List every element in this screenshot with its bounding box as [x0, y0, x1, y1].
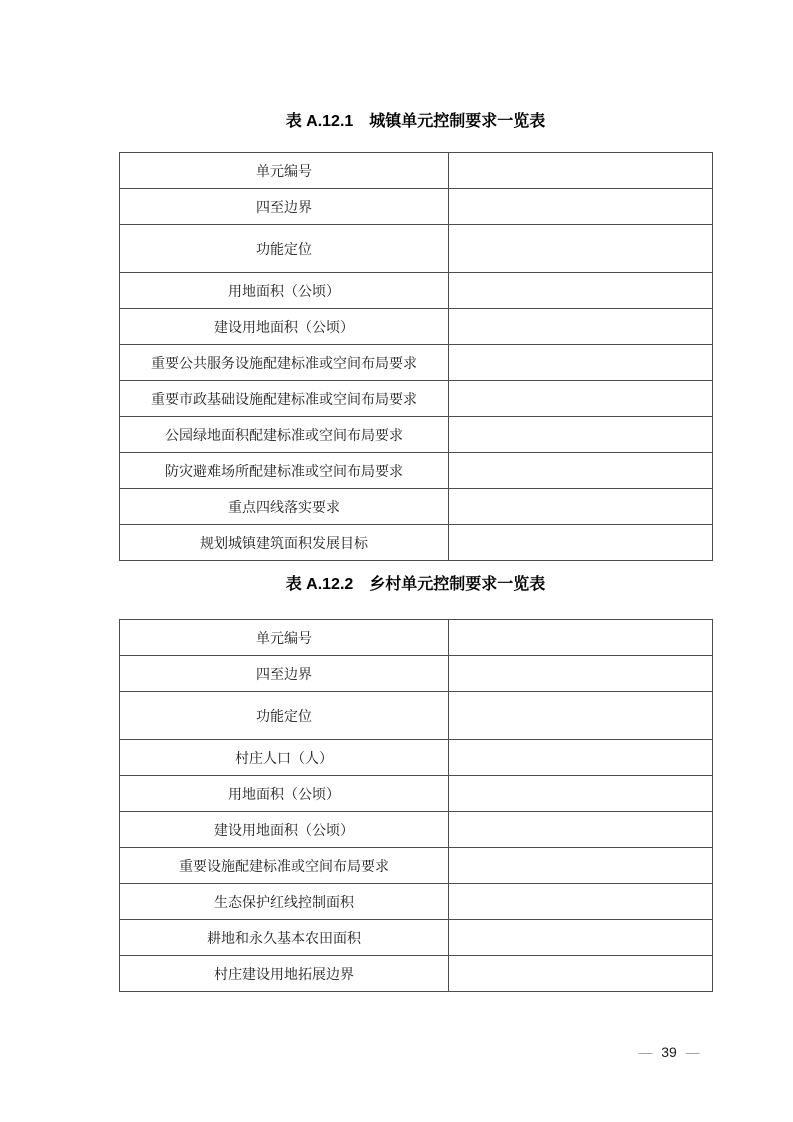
- row-value-cell: [449, 153, 713, 189]
- row-value-cell: [449, 189, 713, 225]
- table-a122-title: 表 A.12.2 乡村单元控制要求一览表: [119, 573, 712, 597]
- row-label-cell: 村庄人口（人）: [120, 740, 449, 776]
- row-label-cell: 重要市政基础设施配建标准或空间布局要求: [120, 381, 449, 417]
- row-label-cell: 耕地和永久基本农田面积: [120, 920, 449, 956]
- row-label-cell: 四至边界: [120, 656, 449, 692]
- row-label-cell: 单元编号: [120, 153, 449, 189]
- row-value-cell: [449, 525, 713, 561]
- table-row: 重要设施配建标准或空间布局要求: [120, 848, 713, 884]
- row-value-cell: [449, 656, 713, 692]
- row-value-cell: [449, 273, 713, 309]
- table-row: 四至边界: [120, 189, 713, 225]
- footer-left-dash: —: [633, 1044, 657, 1060]
- row-value-cell: [449, 345, 713, 381]
- row-label-cell: 生态保护红线控制面积: [120, 884, 449, 920]
- row-label-cell: 防灾避难场所配建标准或空间布局要求: [120, 453, 449, 489]
- row-label-cell: 村庄建设用地拓展边界: [120, 956, 449, 992]
- table-row: 用地面积（公顷）: [120, 273, 713, 309]
- row-value-cell: [449, 812, 713, 848]
- row-label-cell: 重要设施配建标准或空间布局要求: [120, 848, 449, 884]
- table-row: 规划城镇建筑面积发展目标: [120, 525, 713, 561]
- row-value-cell: [449, 776, 713, 812]
- row-label-cell: 四至边界: [120, 189, 449, 225]
- row-label-cell: 功能定位: [120, 692, 449, 740]
- table-row: 村庄人口（人）: [120, 740, 713, 776]
- row-value-cell: [449, 692, 713, 740]
- row-label-cell: 建设用地面积（公顷）: [120, 812, 449, 848]
- row-label-cell: 重要公共服务设施配建标准或空间布局要求: [120, 345, 449, 381]
- row-value-cell: [449, 884, 713, 920]
- row-value-cell: [449, 620, 713, 656]
- table-row: 单元编号: [120, 620, 713, 656]
- row-value-cell: [449, 848, 713, 884]
- table-row: 防灾避难场所配建标准或空间布局要求: [120, 453, 713, 489]
- row-value-cell: [449, 309, 713, 345]
- row-value-cell: [449, 417, 713, 453]
- row-label-cell: 用地面积（公顷）: [120, 776, 449, 812]
- table-row: 重点四线落实要求: [120, 489, 713, 525]
- table-row: 用地面积（公顷）: [120, 776, 713, 812]
- table-row: 功能定位: [120, 692, 713, 740]
- table-row: 村庄建设用地拓展边界: [120, 956, 713, 992]
- table-row: 生态保护红线控制面积: [120, 884, 713, 920]
- row-label-cell: 用地面积（公顷）: [120, 273, 449, 309]
- row-label-cell: 建设用地面积（公顷）: [120, 309, 449, 345]
- row-value-cell: [449, 453, 713, 489]
- table-row: 建设用地面积（公顷）: [120, 309, 713, 345]
- table-row: 功能定位: [120, 225, 713, 273]
- page-footer: — 39 —: [629, 1044, 709, 1060]
- row-value-cell: [449, 381, 713, 417]
- row-label-cell: 规划城镇建筑面积发展目标: [120, 525, 449, 561]
- table-a121-title: 表 A.12.1 城镇单元控制要求一览表: [119, 110, 712, 134]
- row-value-cell: [449, 740, 713, 776]
- row-label-cell: 重点四线落实要求: [120, 489, 449, 525]
- row-label-cell: 功能定位: [120, 225, 449, 273]
- row-value-cell: [449, 920, 713, 956]
- urban-unit-control-table: 单元编号四至边界功能定位用地面积（公顷）建设用地面积（公顷）重要公共服务设施配建…: [119, 152, 713, 561]
- row-label-cell: 公园绿地面积配建标准或空间布局要求: [120, 417, 449, 453]
- row-value-cell: [449, 225, 713, 273]
- row-value-cell: [449, 489, 713, 525]
- page-number: 39: [661, 1044, 677, 1060]
- document-page: 表 A.12.1 城镇单元控制要求一览表 单元编号四至边界功能定位用地面积（公顷…: [0, 0, 793, 1122]
- footer-right-dash: —: [681, 1044, 705, 1060]
- table-row: 重要市政基础设施配建标准或空间布局要求: [120, 381, 713, 417]
- row-label-cell: 单元编号: [120, 620, 449, 656]
- table-row: 四至边界: [120, 656, 713, 692]
- table-row: 公园绿地面积配建标准或空间布局要求: [120, 417, 713, 453]
- rural-unit-control-table: 单元编号四至边界功能定位村庄人口（人）用地面积（公顷）建设用地面积（公顷）重要设…: [119, 619, 713, 992]
- table-row: 建设用地面积（公顷）: [120, 812, 713, 848]
- table-row: 重要公共服务设施配建标准或空间布局要求: [120, 345, 713, 381]
- row-value-cell: [449, 956, 713, 992]
- table-row: 耕地和永久基本农田面积: [120, 920, 713, 956]
- table-row: 单元编号: [120, 153, 713, 189]
